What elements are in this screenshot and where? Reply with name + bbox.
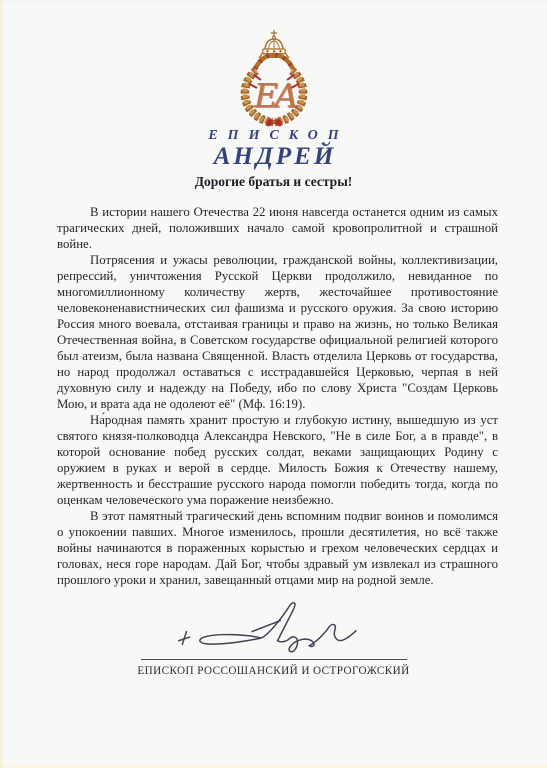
letterhead: ЕА ЕА ЕПИСКОП АНДРЕЙ (0, 28, 547, 169)
paragraph-1: В истории нашего Отечества 22 июня навсе… (57, 204, 498, 252)
paragraph-4: В этот памятный трагический день вспомни… (57, 508, 498, 588)
letterhead-name: АНДРЕЙ (0, 144, 547, 169)
scanned-letter-page: ЕА ЕА ЕПИСКОП АНДРЕЙ Дорогие братья и се… (0, 0, 547, 768)
salutation: Дорогие братья и сестры! (0, 174, 547, 190)
bishop-crest-emblem: ЕА ЕА (226, 28, 322, 128)
signoff-title: ЕПИСКОП РОССОШАНСКИЙ И ОСТРОГОЖСКИЙ (137, 665, 409, 677)
paragraph-2: Потрясения и ужасы революции, гражданско… (57, 252, 498, 412)
signature-line (141, 659, 407, 660)
letter-body: В истории нашего Отечества 22 июня навсе… (57, 204, 498, 588)
letterhead-rank: ЕПИСКОП (0, 129, 547, 143)
signature-block: ЕПИСКОП РОССОШАНСКИЙ И ОСТРОГОЖСКИЙ (0, 594, 547, 677)
paragraph-3: На́родная память хранит простую и глубок… (57, 412, 498, 508)
handwritten-signature (134, 594, 414, 660)
monogram-text: ЕА (252, 76, 296, 115)
ribbon-bow (266, 119, 282, 126)
